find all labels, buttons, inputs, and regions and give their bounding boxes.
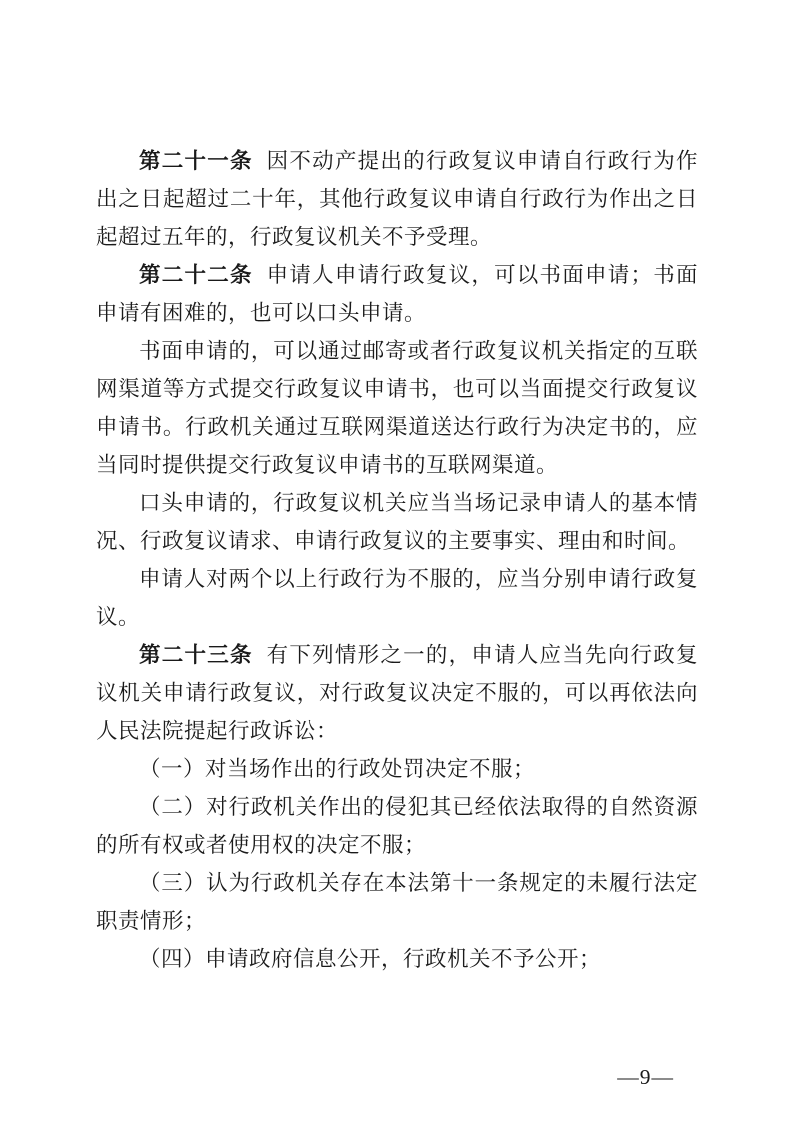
paragraph-multiple-acts: 申请人对两个以上行政行为不服的，应当分别申请行政复议。	[96, 560, 698, 636]
paragraph-oral-application: 口头申请的，行政复议机关应当当场记录申请人的基本情况、行政复议请求、申请行政复议…	[96, 484, 698, 560]
document-body: 第二十一条因不动产提出的行政复议申请自行政行为作出之日起超过二十年，其他行政复议…	[96, 142, 698, 978]
list-item-text: （二）对行政机关作出的侵犯其已经依法取得的自然资源的所有权或者使用权的决定不服；	[96, 795, 698, 857]
paragraph-article-21: 第二十一条因不动产提出的行政复议申请自行政行为作出之日起超过二十年，其他行政复议…	[96, 142, 698, 256]
article-22-number: 第二十二条	[139, 263, 253, 287]
list-item-text: （三）认为行政机关存在本法第十一条规定的未履行法定职责情形；	[96, 871, 698, 933]
list-item-3: （三）认为行政机关存在本法第十一条规定的未履行法定职责情形；	[96, 864, 698, 940]
paragraph-text: 书面申请的，可以通过邮寄或者行政复议机关指定的互联网渠道等方式提交行政复议申请书…	[96, 339, 698, 477]
paragraph-written-application: 书面申请的，可以通过邮寄或者行政复议机关指定的互联网渠道等方式提交行政复议申请书…	[96, 332, 698, 484]
paragraph-article-23: 第二十三条有下列情形之一的，申请人应当先向行政复议机关申请行政复议，对行政复议决…	[96, 636, 698, 750]
paragraph-text: 申请人对两个以上行政行为不服的，应当分别申请行政复议。	[96, 567, 698, 629]
list-item-2: （二）对行政机关作出的侵犯其已经依法取得的自然资源的所有权或者使用权的决定不服；	[96, 788, 698, 864]
document-page: 第二十一条因不动产提出的行政复议申请自行政行为作出之日起超过二十年，其他行政复议…	[0, 0, 793, 1122]
page-number: —9—	[617, 1065, 674, 1090]
list-item-text: （一）对当场作出的行政处罚决定不服；	[139, 757, 535, 781]
paragraph-article-22: 第二十二条申请人申请行政复议，可以书面申请；书面申请有困难的，也可以口头申请。	[96, 256, 698, 332]
article-21-number: 第二十一条	[139, 149, 253, 173]
list-item-1: （一）对当场作出的行政处罚决定不服；	[96, 750, 698, 788]
article-23-number: 第二十三条	[139, 643, 253, 667]
list-item-4: （四）申请政府信息公开，行政机关不予公开；	[96, 940, 698, 978]
list-item-text: （四）申请政府信息公开，行政机关不予公开；	[139, 947, 601, 971]
paragraph-text: 口头申请的，行政复议机关应当当场记录申请人的基本情况、行政复议请求、申请行政复议…	[96, 491, 698, 553]
